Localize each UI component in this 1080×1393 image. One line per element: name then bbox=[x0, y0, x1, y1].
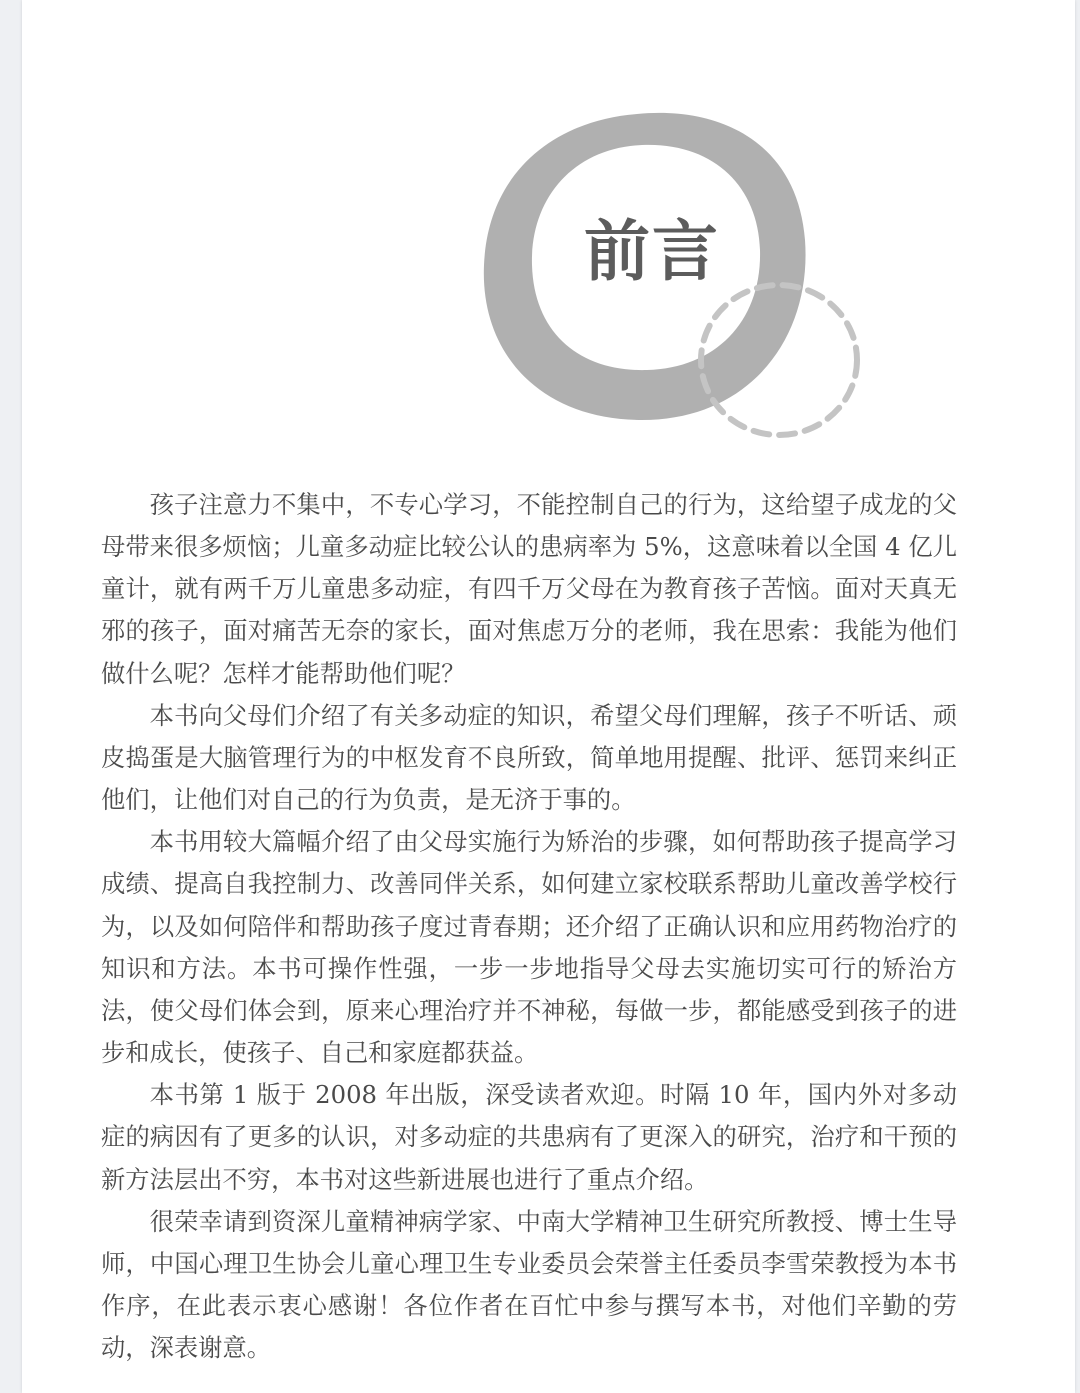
document-page: 前言 孩子注意力不集中，不专心学习，不能控制自己的行为，这给望子成龙的父母带来很… bbox=[22, 0, 1075, 1393]
title-emblem: 前言 bbox=[462, 100, 882, 450]
paragraph: 本书向父母们介绍了有关多动症的知识，希望父母们理解，孩子不听话、顽皮捣蛋是大脑管… bbox=[101, 695, 957, 821]
page-title: 前言 bbox=[572, 212, 732, 292]
paragraph: 很荣幸请到资深儿童精神病学家、中南大学精神卫生研究所教授、博士生导师，中国心理卫… bbox=[101, 1201, 957, 1370]
paragraph: 本书用较大篇幅介绍了由父母实施行为矫治的步骤，如何帮助孩子提高学习成绩、提高自我… bbox=[101, 821, 957, 1074]
paragraph: 孩子注意力不集中，不专心学习，不能控制自己的行为，这给望子成龙的父母带来很多烦恼… bbox=[101, 484, 957, 695]
paragraph: 本书第 1 版于 2008 年出版，深受读者欢迎。时隔 10 年，国内外对多动症… bbox=[101, 1074, 957, 1200]
preface-body: 孩子注意力不集中，不专心学习，不能控制自己的行为，这给望子成龙的父母带来很多烦恼… bbox=[101, 484, 957, 1369]
